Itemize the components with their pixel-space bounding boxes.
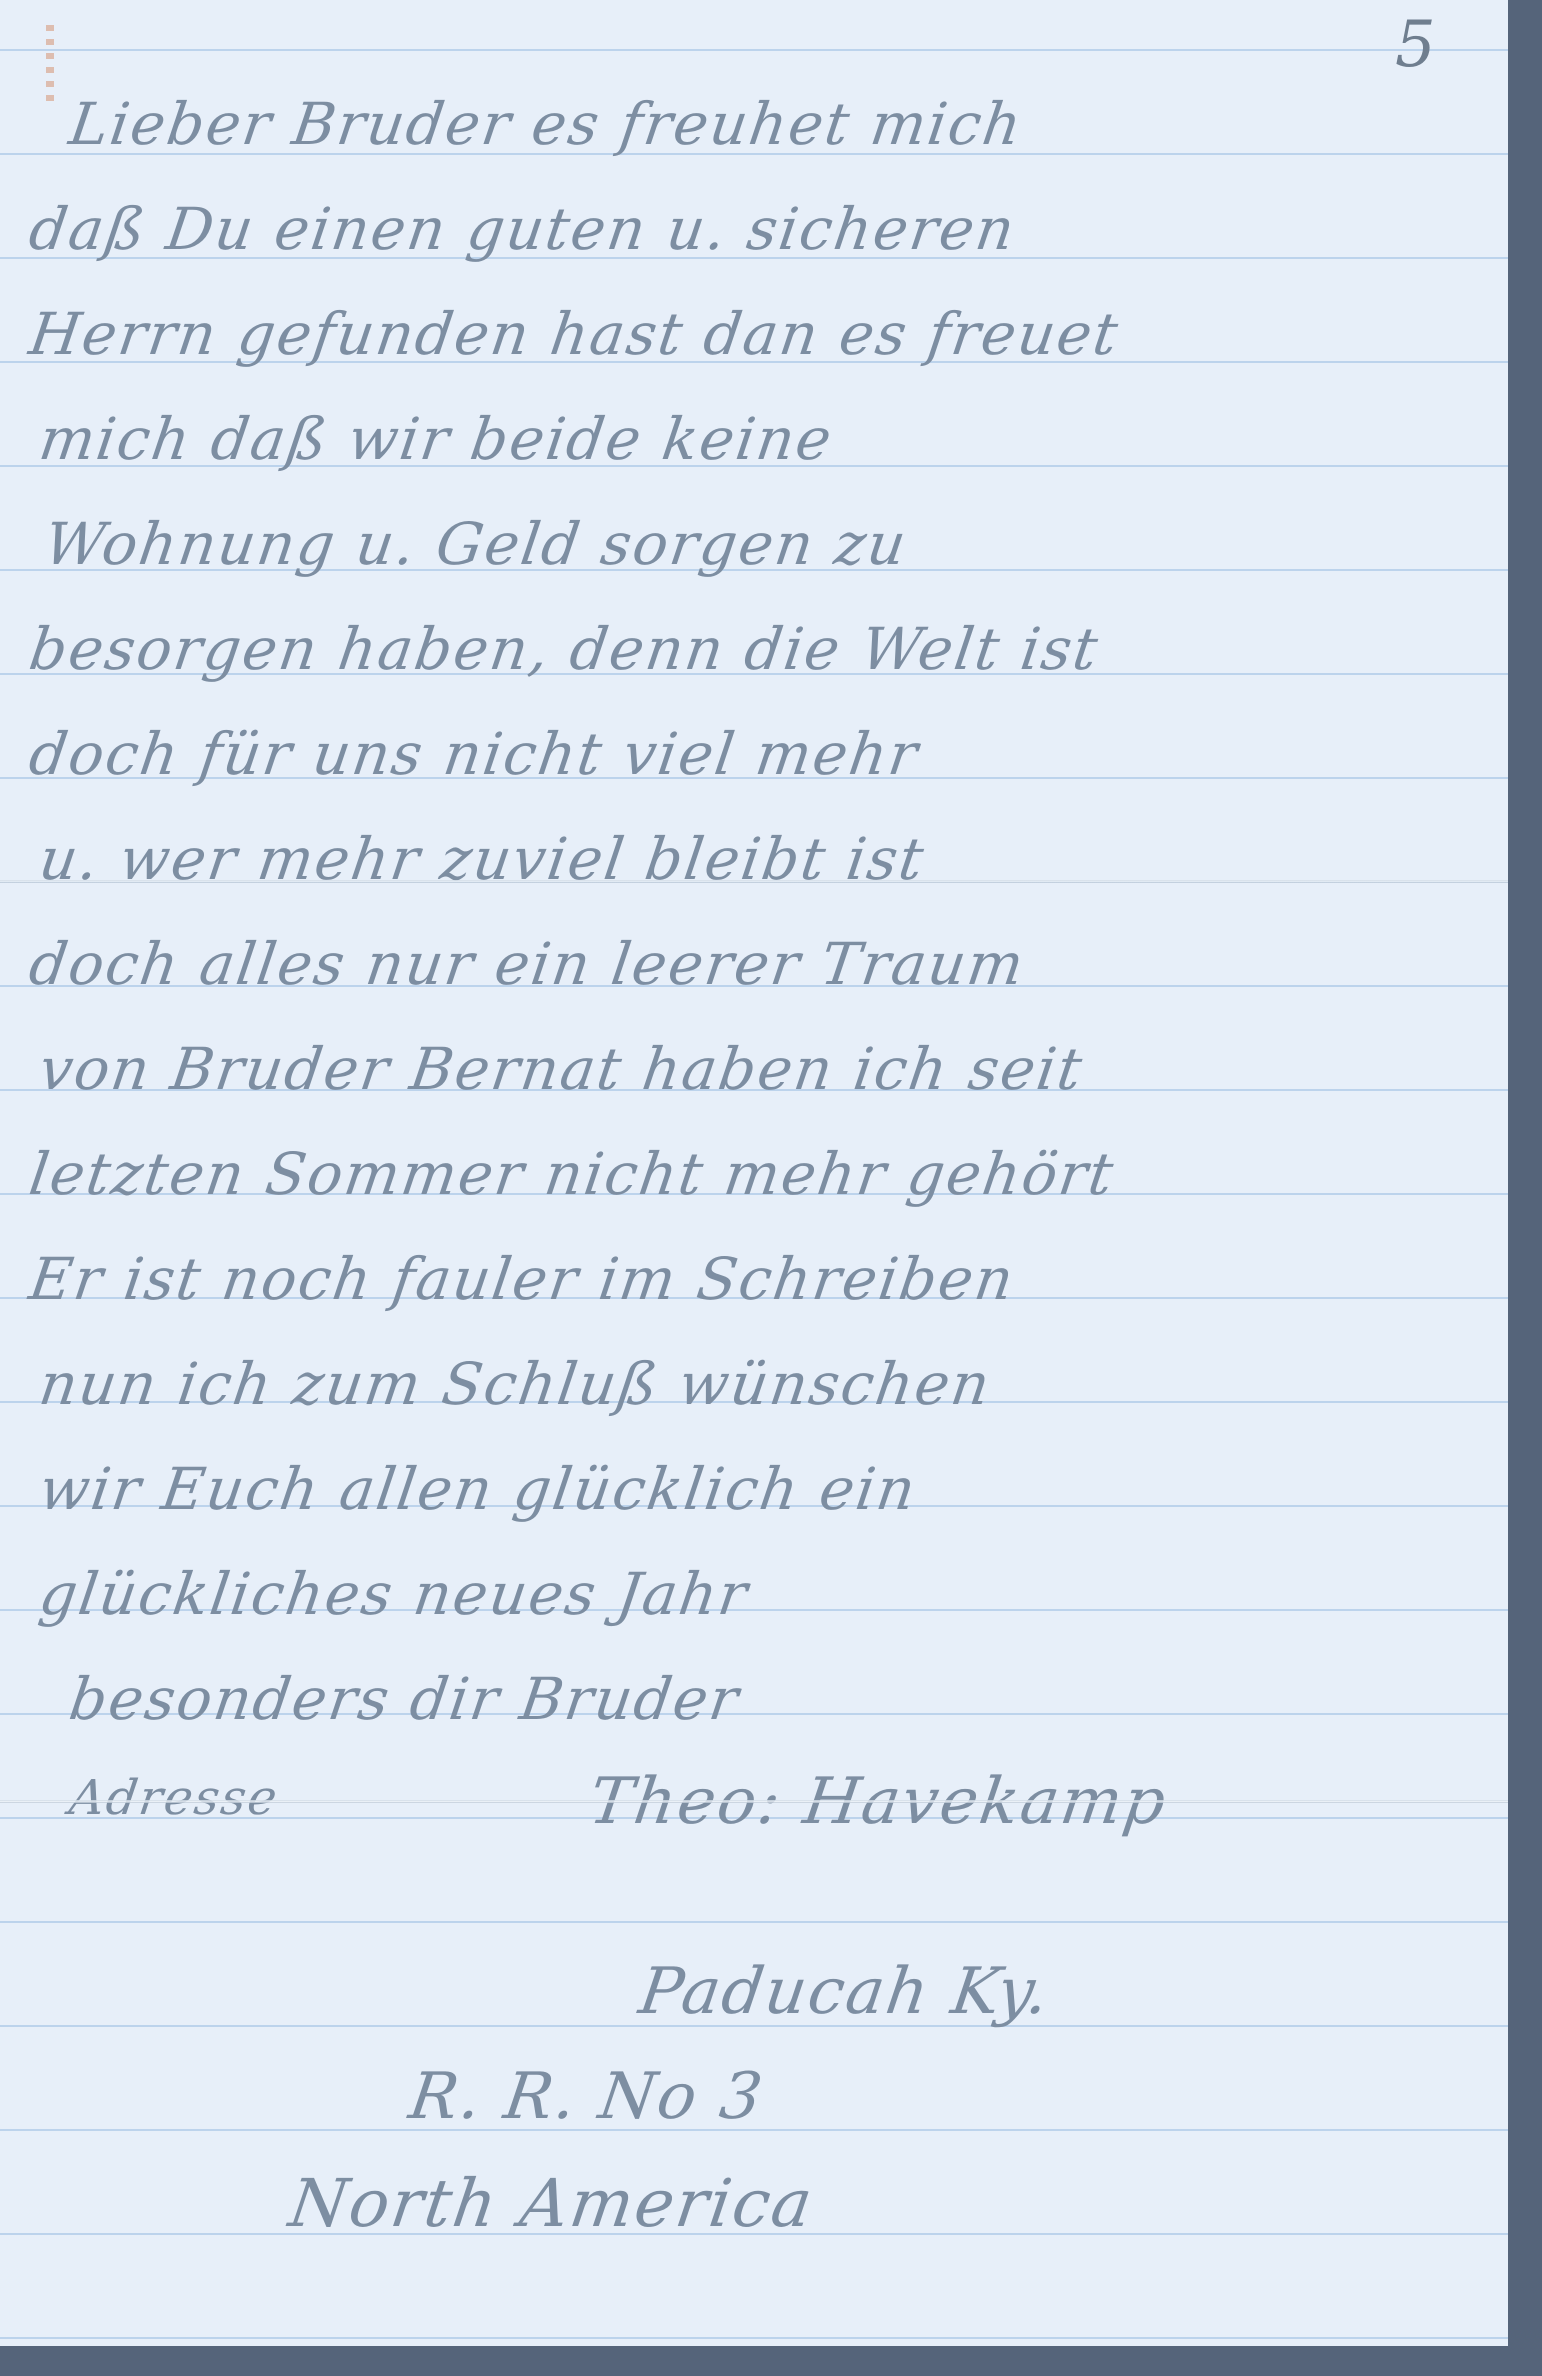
letter-page: 5 Lieber Bruder es freuhet mich daß Du e…: [0, 0, 1508, 2346]
letter-line: mich daß wir beide keine: [35, 405, 837, 473]
letter-line: daß Du einen guten u. sicheren: [25, 195, 1020, 263]
fold-crease: [0, 1800, 1508, 1803]
letter-line: von Bruder Bernat haben ich seit: [35, 1035, 1088, 1103]
letter-line: glückliches neues Jahr: [35, 1560, 753, 1628]
fold-crease: [0, 880, 1508, 883]
address-city: Paducah Ky.: [635, 1955, 1055, 2029]
letter-line: wir Euch allen glücklich ein: [35, 1455, 921, 1523]
letter-line: besorgen haben, denn die Welt ist: [25, 615, 1103, 683]
closing-label: Adresse: [66, 1770, 282, 1826]
address-country: North America: [285, 2165, 819, 2242]
letter-line: nun ich zum Schluß wünschen: [35, 1350, 996, 1418]
letter-line: Herrn gefunden hast dan es freuet: [25, 300, 1124, 368]
page-number: 5: [1395, 8, 1436, 82]
letter-line: besonders dir Bruder: [65, 1665, 744, 1733]
letter-line: Lieber Bruder es freuhet mich: [65, 90, 1027, 158]
address-route: R. R. No 3: [405, 2060, 769, 2134]
binder-marks: [46, 25, 54, 105]
letter-line: Wohnung u. Geld sorgen zu: [40, 510, 912, 578]
letter-line: letzten Sommer nicht mehr gehört: [25, 1140, 1119, 1208]
letter-line: doch alles nur ein leerer Traum: [25, 930, 1029, 998]
letter-line: doch für uns nicht viel mehr: [25, 720, 923, 788]
letter-line: Er ist noch fauler im Schreiben: [25, 1245, 1019, 1313]
